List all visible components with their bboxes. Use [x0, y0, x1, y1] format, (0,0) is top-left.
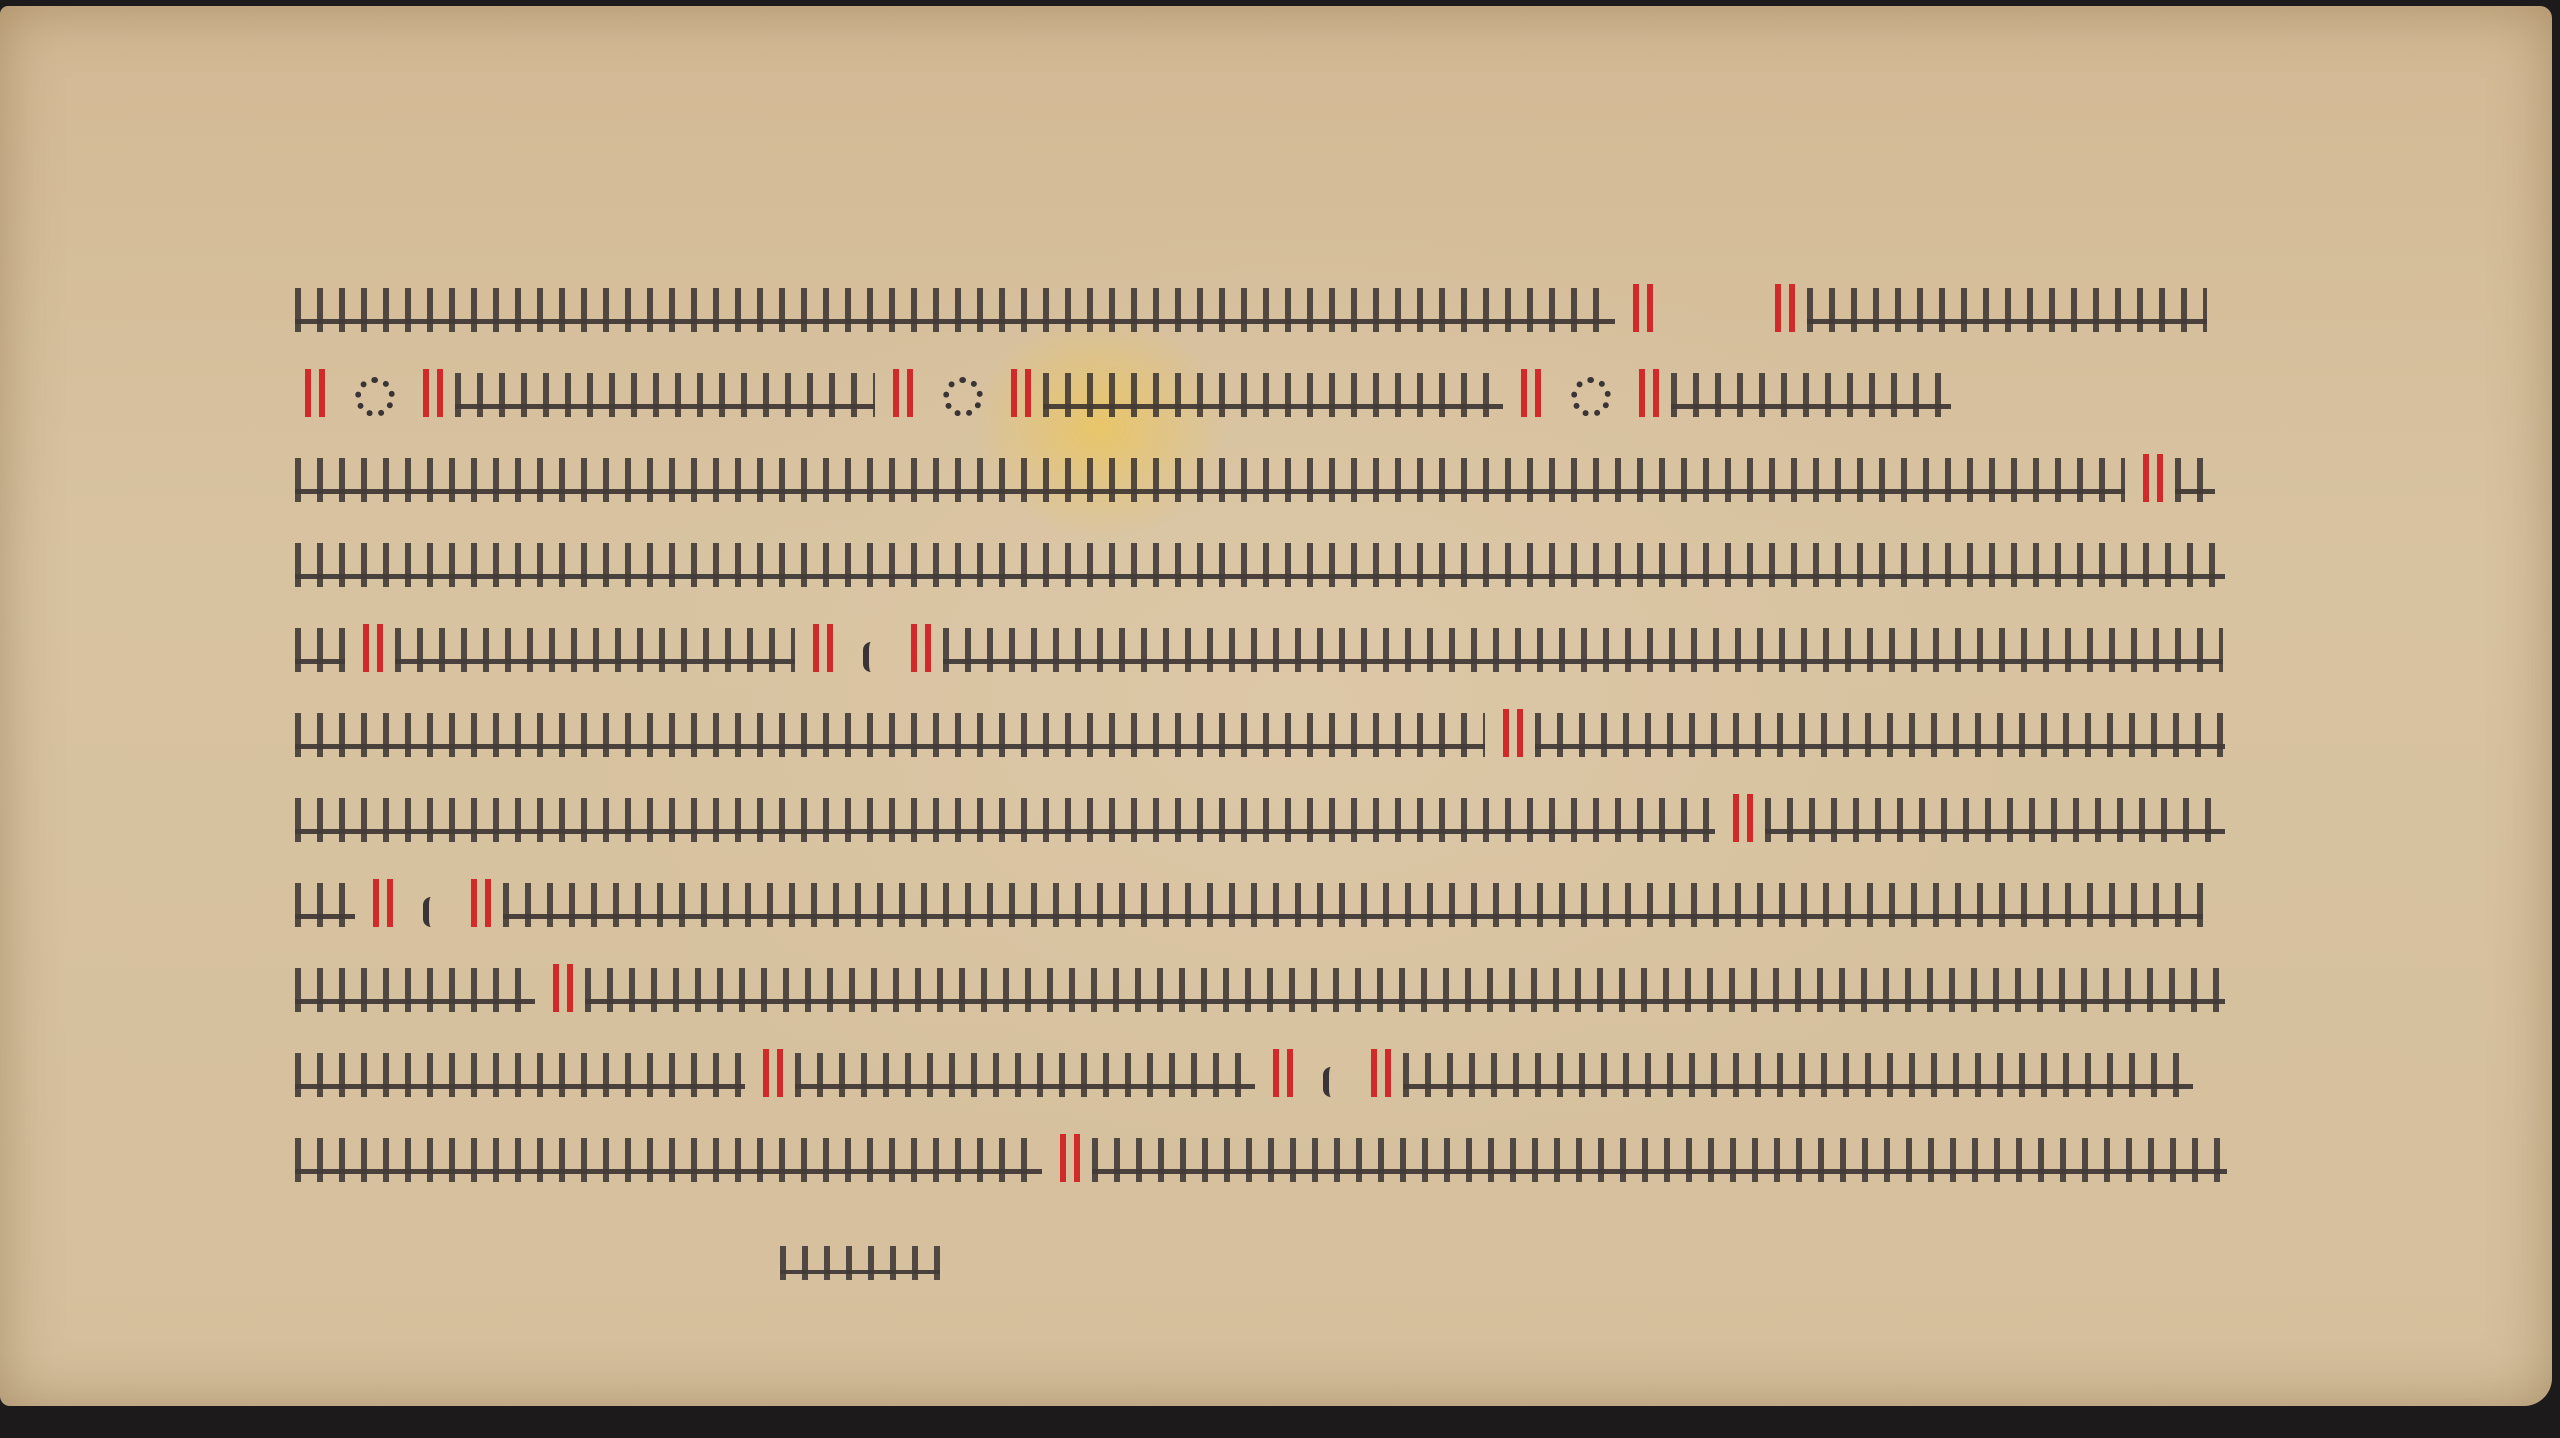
red-danda	[1273, 1049, 1295, 1097]
red-danda	[1633, 284, 1655, 332]
text-line-5	[295, 616, 2235, 672]
flower-ornament-icon	[355, 377, 395, 417]
red-danda	[2143, 454, 2165, 502]
text-line-4	[295, 531, 2235, 587]
red-danda	[471, 879, 493, 927]
text-line-7	[295, 786, 2235, 842]
text-line-3	[295, 446, 2235, 502]
red-danda	[363, 624, 385, 672]
red-danda	[1371, 1049, 1393, 1097]
red-danda	[553, 964, 575, 1012]
text-line-1	[295, 276, 2235, 332]
red-danda	[1503, 709, 1525, 757]
text-line-9	[295, 956, 2235, 1012]
manuscript-leaf: Ranjana / Newari-style Devanagari-derive…	[0, 6, 2552, 1406]
flower-ornament-icon	[943, 377, 983, 417]
red-danda	[763, 1049, 785, 1097]
red-danda	[305, 369, 327, 417]
red-danda	[893, 369, 915, 417]
text-line-10	[295, 1041, 2235, 1097]
red-danda	[1733, 794, 1755, 842]
red-danda	[1521, 369, 1543, 417]
folio-marginalia	[780, 1246, 948, 1289]
red-danda	[911, 624, 933, 672]
red-danda	[1639, 369, 1661, 417]
text-line-2	[295, 361, 2235, 417]
red-danda	[423, 369, 445, 417]
text-line-8	[295, 871, 2235, 927]
numeral-glyph	[423, 897, 443, 927]
red-danda	[813, 624, 835, 672]
numeral-glyph	[863, 642, 883, 672]
script-note: Ranjana / Newari-style Devanagari-derive…	[0, 6, 1, 7]
red-danda	[1775, 284, 1797, 332]
numeral-glyph	[1323, 1067, 1343, 1097]
flower-ornament-icon	[1571, 377, 1611, 417]
text-line-11	[295, 1126, 2235, 1182]
red-danda	[1060, 1134, 1082, 1182]
red-danda	[1011, 369, 1033, 417]
red-danda	[373, 879, 395, 927]
text-line-6	[295, 701, 2235, 757]
